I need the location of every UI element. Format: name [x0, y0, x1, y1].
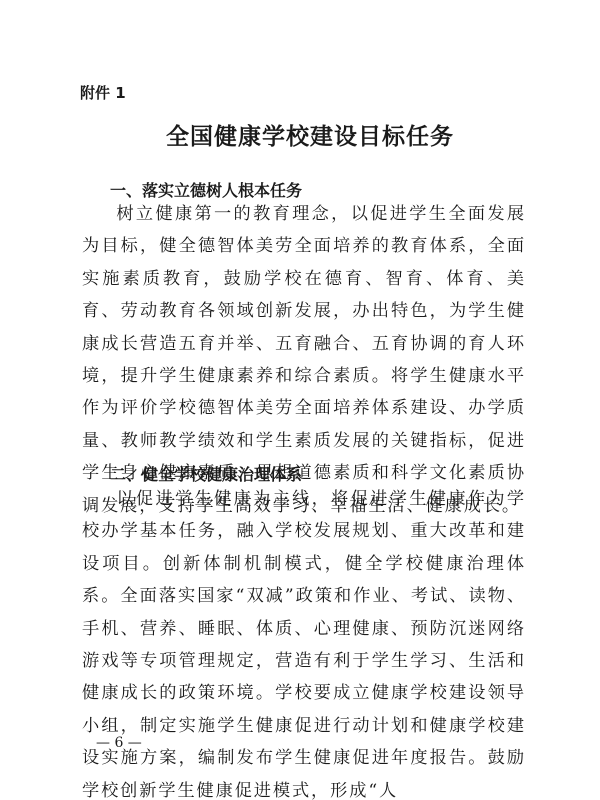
- document-title: 全国健康学校建设目标任务: [0, 118, 600, 151]
- attachment-label: 附件 1: [80, 82, 126, 103]
- section-heading-2: 二、健全学校健康治理体系: [110, 462, 302, 485]
- document-page: 附件 1 全国健康学校建设目标任务 一、落实立德树人根本任务 树立健康第一的教育…: [0, 0, 600, 800]
- section-paragraph-2: 以促进学生健康为主线，将促进学生健康作为学校办学基本任务，融入学校发展规划、重大…: [82, 483, 526, 800]
- page-number: — 6 —: [96, 735, 142, 751]
